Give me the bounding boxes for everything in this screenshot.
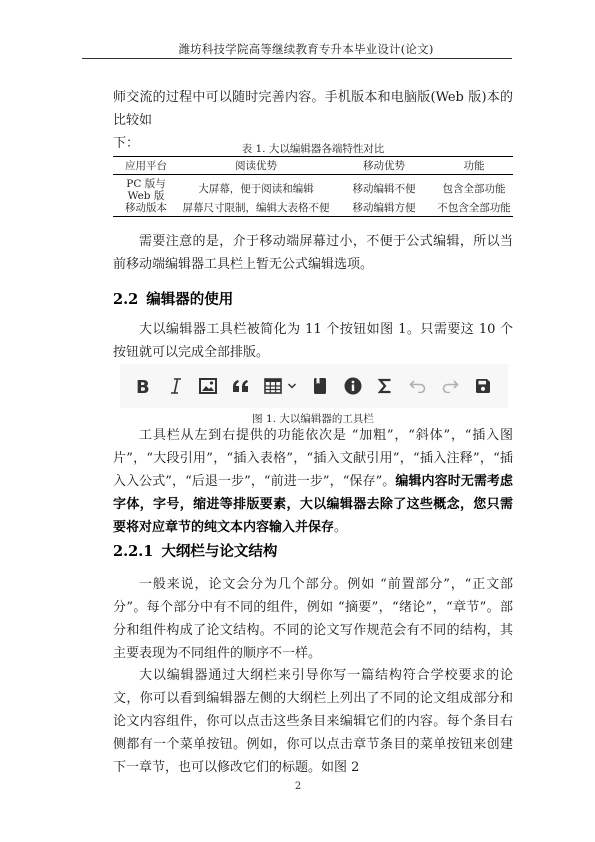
note-paragraph: 需要注意的是，介于移动端屏幕过小，不便于公式编辑，所以当前移动端编辑器工具栏上暂…	[113, 230, 513, 276]
section-2-2-1-paragraph-2: 大以编辑器通过大纲栏来引导你写一篇结构符合学校要求的论文，你可以看到编辑器左侧的…	[113, 664, 513, 779]
undo-button[interactable]	[407, 375, 429, 397]
table-row: 移动版本 屏幕尺寸限制，编辑大表格不便 移动编辑方便 不包含全部功能	[113, 202, 513, 217]
table-cell: 包含全部功能	[435, 175, 513, 203]
table-caption: 表 1. 大以编辑器各端特性对比	[113, 141, 513, 156]
table-cell: 移动版本	[113, 202, 179, 217]
page-header: 潍坊科技学院高等继续教育专升本毕业设计(论文)	[100, 41, 512, 57]
svg-text:B: B	[136, 377, 150, 395]
bold-button[interactable]: B	[132, 375, 154, 397]
table-cell: PC 版与 Web 版	[113, 175, 179, 203]
italic-button[interactable]	[165, 375, 187, 397]
section-heading-2-2: 2.2编辑器的使用	[113, 288, 233, 309]
redo-icon	[441, 379, 459, 393]
table-row: PC 版与 Web 版 大屏幕，便于阅读和编辑 移动编辑不便 包含全部功能	[113, 175, 513, 203]
blockquote-button[interactable]	[230, 375, 252, 397]
section-heading-2-2-1: 2.2.1大纲栏与论文结构	[113, 540, 277, 561]
section-title: 大纲栏与论文结构	[161, 543, 277, 560]
table-cell: 移动编辑不便	[333, 175, 435, 203]
section-number: 2.2.1	[113, 543, 153, 560]
footnote-button[interactable]	[342, 375, 364, 397]
table-cell: 不包含全部功能	[435, 202, 513, 217]
header-rule	[82, 58, 512, 59]
image-icon	[199, 378, 217, 394]
column-header: 阅读优势	[179, 157, 333, 175]
section-number: 2.2	[113, 291, 138, 308]
table-header-row: 应用平台 阅读优势 移动优势 功能	[113, 157, 513, 175]
citation-button[interactable]	[309, 375, 331, 397]
toolbar-description-paragraph: 工具栏从左到右提供的功能依次是 “加粗”，“斜体”，“插入图片”，“大段引用”，…	[113, 424, 513, 539]
book-icon	[313, 377, 327, 395]
section-2-2-paragraph: 大以编辑器工具栏被简化为 11 个按钮如图 1。只需要这 10 个按钮就可以完成…	[113, 318, 513, 364]
quote-icon	[232, 379, 250, 393]
page-number: 2	[288, 781, 308, 792]
insert-image-button[interactable]	[197, 375, 219, 397]
section-2-2-1-paragraph-1: 一般来说，论文会分为几个部分。例如 “前置部分”，“正文部分”。每个部分中有不同…	[113, 573, 513, 665]
intro-line-1: 师交流的过程中可以随时完善内容。手机版本和电脑版(Web 版)本的比较如	[113, 90, 513, 128]
info-icon	[344, 377, 362, 395]
save-icon	[475, 378, 491, 394]
column-header: 移动优势	[333, 157, 435, 175]
comparison-table: 应用平台 阅读优势 移动优势 功能 PC 版与 Web 版 大屏幕，便于阅读和编…	[113, 156, 513, 217]
table-cell: 移动编辑方便	[333, 202, 435, 217]
insert-table-button[interactable]	[262, 375, 298, 397]
table-icon	[264, 378, 282, 394]
bold-icon: B	[135, 377, 151, 395]
formula-button[interactable]	[374, 375, 396, 397]
editor-toolbar-figure: B	[120, 364, 508, 408]
save-button[interactable]	[472, 375, 494, 397]
description-end: 。	[334, 520, 347, 535]
sigma-icon	[378, 378, 392, 394]
column-header: 应用平台	[113, 157, 179, 175]
column-header: 功能	[435, 157, 513, 175]
chevron-down-icon[interactable]	[287, 382, 297, 390]
table-cell: 屏幕尺寸限制，编辑大表格不便	[179, 202, 333, 217]
redo-button[interactable]	[439, 375, 461, 397]
undo-icon	[409, 379, 427, 393]
section-title: 编辑器的使用	[146, 291, 233, 308]
table-cell: 大屏幕，便于阅读和编辑	[179, 175, 333, 203]
italic-icon	[169, 377, 183, 395]
